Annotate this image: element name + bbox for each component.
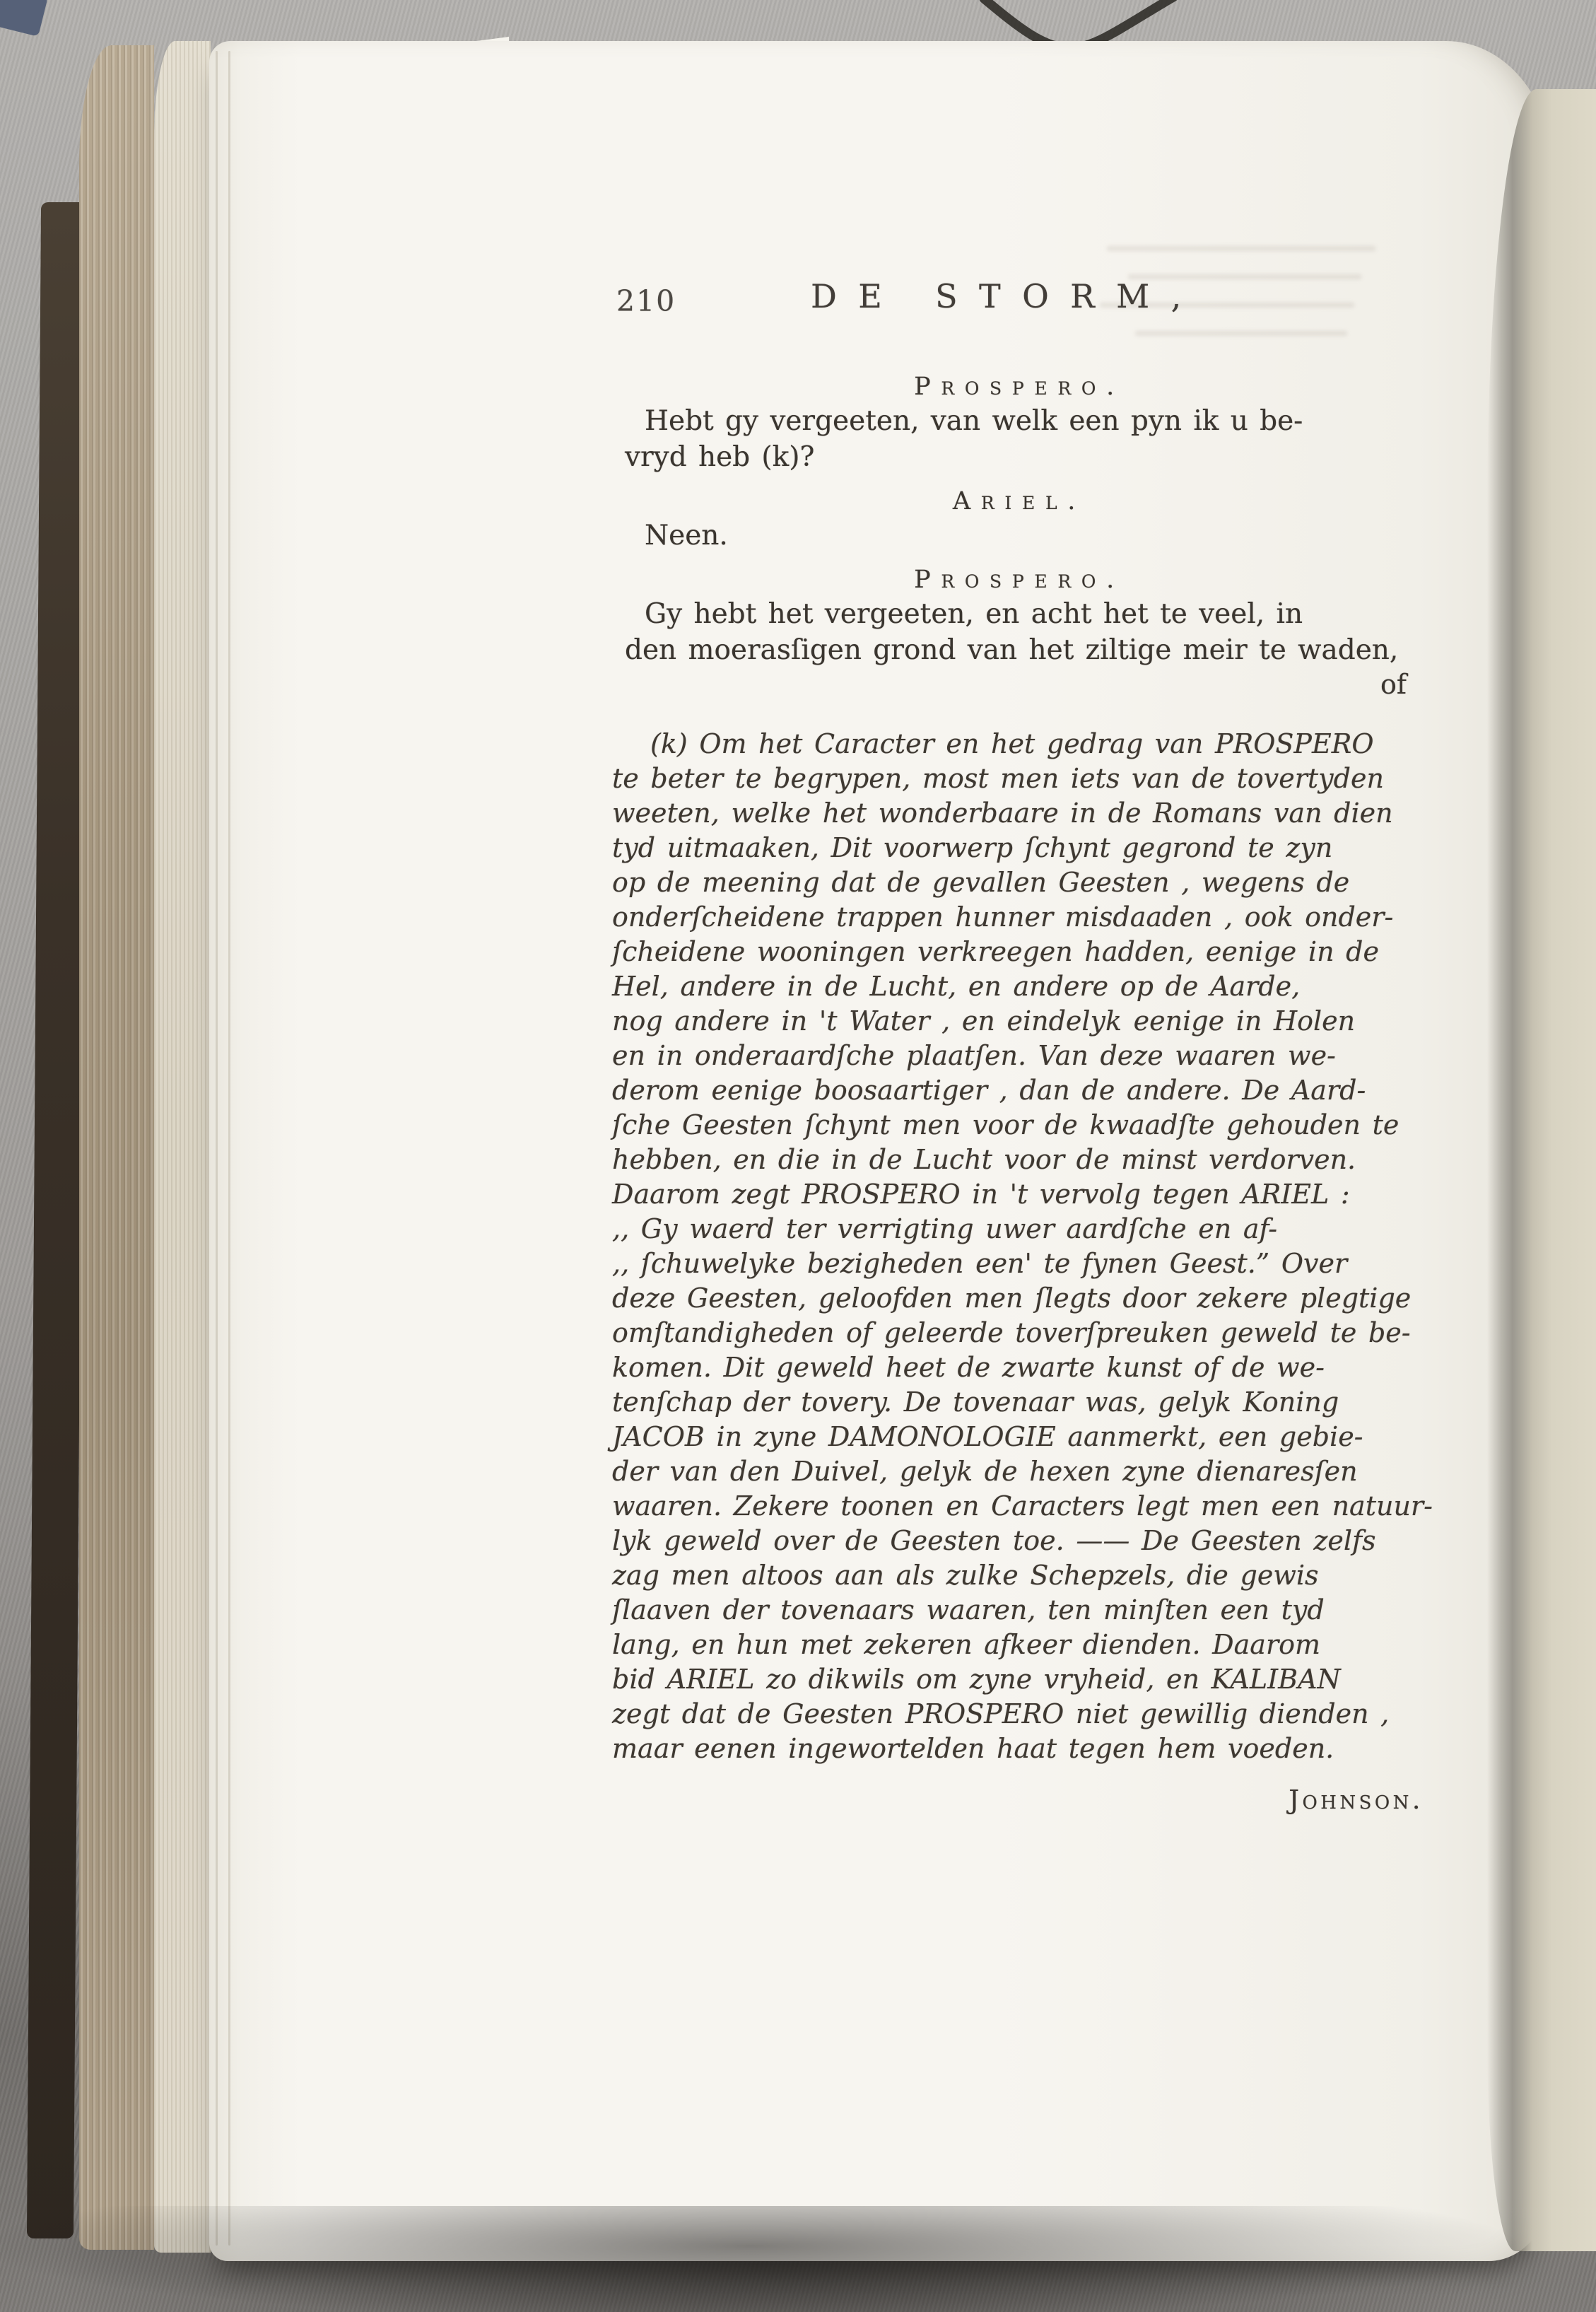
footnote-line: te beter te begrypen, most men iets van …: [612, 761, 1424, 796]
footnote-line: ſlaaven der tovenaars waaren, ten minſte…: [612, 1593, 1424, 1628]
footnote-line: hebben, en die in de Lucht voor de minst…: [612, 1143, 1424, 1177]
footnote-line: nog andere in 't Water , en eindelyk een…: [612, 1004, 1424, 1039]
footnote-line: waaren. Zekere toonen en Caracters legt …: [612, 1489, 1424, 1524]
footnote-line: zegt dat de Geesten PROSPERO niet gewill…: [612, 1697, 1424, 1732]
page-edge-stack-stained: [79, 45, 154, 2250]
footnote-block: (k) Om het Caracter en het gedrag van PR…: [612, 727, 1424, 1766]
footnote-line: op de meening dat de gevallen Geesten , …: [612, 865, 1424, 900]
footnote-line: weeten, welke het wonderbaare in de Roma…: [612, 796, 1424, 831]
footnote-line: ſche Geesten ſchynt men voor de kwaadſte…: [612, 1108, 1424, 1143]
sheet-edge-line: [216, 51, 218, 2246]
book-page: 210 DE STORM, Prospero. Hebt gy vergeete…: [209, 41, 1552, 2261]
footnote-line: en in onderaardſche plaatſen. Van deze w…: [612, 1039, 1424, 1073]
running-title: DE STORM,: [811, 277, 1203, 315]
blue-corner-object: [0, 0, 48, 37]
speaker-heading-prospero: Prospero.: [625, 370, 1414, 403]
page-edge-stack-light: [154, 41, 211, 2253]
footnote-line: JACOB in zyne DAMONOLOGIE aanmerkt, een …: [612, 1420, 1424, 1454]
dialogue-line: Neen.: [625, 518, 1414, 554]
footnote-line: tyd uitmaaken, Dit voorwerp ſchynt gegro…: [612, 831, 1424, 865]
photo-of-open-book: { "scene": { "background_color": "#a9a7a…: [0, 0, 1596, 2312]
footnote-line: Daarom zegt PROSPERO in 't vervolg tegen…: [612, 1177, 1424, 1212]
footnote-line: derom eenige boosaartiger , dan de ander…: [612, 1073, 1424, 1108]
footnote-line: lang, en hun met zekeren afkeer dienden.…: [612, 1628, 1424, 1662]
footnote-line: onderſcheidene trappen hunner misdaaden …: [612, 900, 1424, 935]
book-shadow: [0, 2206, 1596, 2312]
footnote-line: komen. Dit geweld heet de zwarte kunst o…: [612, 1350, 1424, 1385]
speaker-heading-prospero-2: Prospero.: [625, 564, 1414, 596]
dialogue-line: den moerasſigen grond van het ziltige me…: [625, 632, 1414, 668]
footnote-line: omſtandigheden of geleerde toverſpreuken…: [612, 1316, 1424, 1350]
footnote-signature: Johnson.: [612, 1785, 1442, 1815]
footnote-line: deze Geesten, geloofden men ſlegts door …: [612, 1281, 1424, 1316]
footnote-line: der van den Duivel, gelyk de hexen zyne …: [612, 1454, 1424, 1489]
footnote-line: zag men altoos aan als zulke Schepzels, …: [612, 1558, 1424, 1593]
speaker-heading-ariel: Ariel.: [625, 485, 1414, 518]
facing-page-edge: [1487, 89, 1596, 2251]
dialogue-line: Hebt gy vergeeten, van welk een pyn ik u…: [625, 403, 1414, 439]
footnote-line: maar eenen ingewortelden haat tegen hem …: [612, 1732, 1424, 1766]
catchword: of: [625, 668, 1414, 701]
footnote-line: tenſchap der tovery. De tovenaar was, ge…: [612, 1385, 1424, 1420]
footnote-line: ſcheidene wooningen verkreegen hadden, e…: [612, 935, 1424, 969]
footnote-line: bid ARIEL zo dikwils om zyne vryheid, en…: [612, 1662, 1424, 1697]
dialogue-line: Gy hebt het vergeeten, en acht het te ve…: [625, 596, 1414, 632]
footnote-line: Hel, andere in de Lucht, en andere op de…: [612, 969, 1424, 1004]
page-number: 210: [616, 284, 676, 318]
dialogue-block: Prospero. Hebt gy vergeeten, van welk ee…: [625, 361, 1414, 701]
footnote-line: (k) Om het Caracter en het gedrag van PR…: [612, 727, 1424, 761]
dialogue-line: vryd heb (k)?: [625, 439, 1414, 475]
footnote-line: lyk geweld over de Geesten toe. —— De Ge…: [612, 1524, 1424, 1558]
sheet-edge-line: [228, 51, 230, 2246]
footnote-line: ,, ſchuwelyke bezigheden een' te fynen G…: [612, 1247, 1424, 1281]
show-through-mark: [1107, 246, 1375, 251]
footnote-line: ,, Gy waerd ter verrigting uwer aardſche…: [612, 1212, 1424, 1247]
show-through-mark: [1135, 331, 1347, 336]
